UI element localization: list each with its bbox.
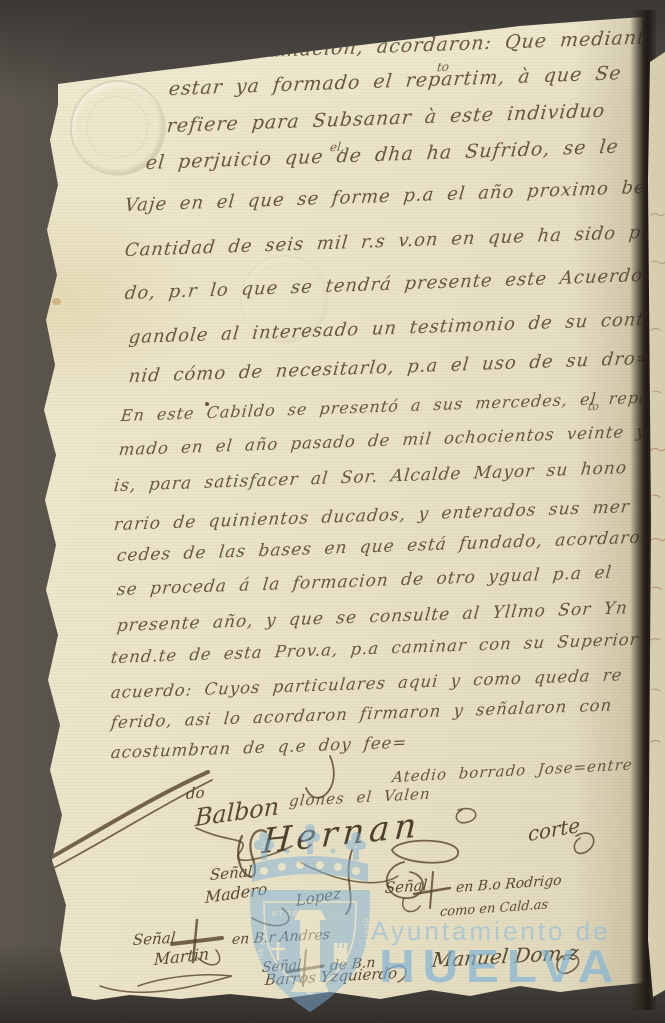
- manuscript-line: nid cómo de necesitarlo, p.a el uso de s…: [128, 348, 653, 387]
- manuscript-line: rario de quinientos ducados, y enterados…: [113, 497, 631, 535]
- manuscript-line: ferido, asi lo acordaron firmaron y seña…: [110, 695, 613, 732]
- scanned-manuscript-screen: en Su Reclamacion, acordaron: Que median…: [0, 0, 665, 1023]
- manuscript-line: en Su Reclamacion, acordaron: Que median…: [143, 25, 665, 66]
- stain-dot: [52, 298, 61, 305]
- marginal-note-line: Atedio borrado Jose=entre ren: [391, 753, 665, 786]
- manuscript-line: acuerdo: Cuyos particulares aqui y como …: [110, 665, 623, 702]
- manuscript-line: presente año, y que se consulte al Yllmo…: [116, 598, 629, 636]
- manuscript-line: cedes de las bases en que está fundado, …: [116, 527, 665, 566]
- signature-rodrigo: en B.o Rodrigo: [455, 873, 562, 897]
- superscript-abbreviation: to: [587, 400, 599, 413]
- huelva-crest-watermark-icon: ET TERRA PORTUS MARI CUSTODIO: [236, 824, 382, 1020]
- manuscript-line: el perjuicio que de dha ha Sufrido, se l…: [145, 135, 620, 174]
- senal-label: Señal: [384, 876, 428, 897]
- manuscript-line: refiere para Subsanar à este individuo: [166, 100, 607, 137]
- signature-martin: Martin: [154, 944, 210, 969]
- superscript-abbreviation: to: [436, 60, 450, 74]
- manuscript-line: gandole al interesado un testimonio de s…: [128, 309, 658, 349]
- manuscript-line: En este Cabildo se presentó a sus merced…: [120, 385, 665, 425]
- manuscript-line: Vaje en el que se forme p.a el año proxi…: [124, 173, 665, 216]
- manuscript-line: mado en el año pasado de mil ochocientos…: [118, 420, 665, 459]
- embossed-seal-inner-icon: [86, 96, 148, 158]
- manuscript-line: Cantidad de seis mil r.s v.on en que ha …: [124, 219, 665, 261]
- manuscript-line: tend.te de esta Prov.a, p.a caminar con …: [110, 630, 640, 668]
- watermark-city-text: HUELVA: [379, 942, 621, 990]
- manuscript-line: is, para satisfacer al Sor. Alcalde Mayo…: [113, 458, 628, 496]
- superscript-abbreviation: el,: [329, 140, 345, 155]
- manuscript-line: estar ya formado el repartim, à que Se: [168, 62, 623, 100]
- senal-label: Señal: [132, 929, 176, 949]
- stain-dot: [47, 186, 53, 191]
- manuscript-line: se proceda á la formacion de otro ygual …: [116, 563, 613, 600]
- signature-abbrev-sdo: do: [186, 783, 205, 803]
- manuscript-line: acostumbran de q.e doy fee=: [110, 733, 408, 762]
- signature-corte: corte: [528, 813, 581, 846]
- manuscript-line: do, p.r lo que se tendrá presente este A…: [124, 264, 665, 304]
